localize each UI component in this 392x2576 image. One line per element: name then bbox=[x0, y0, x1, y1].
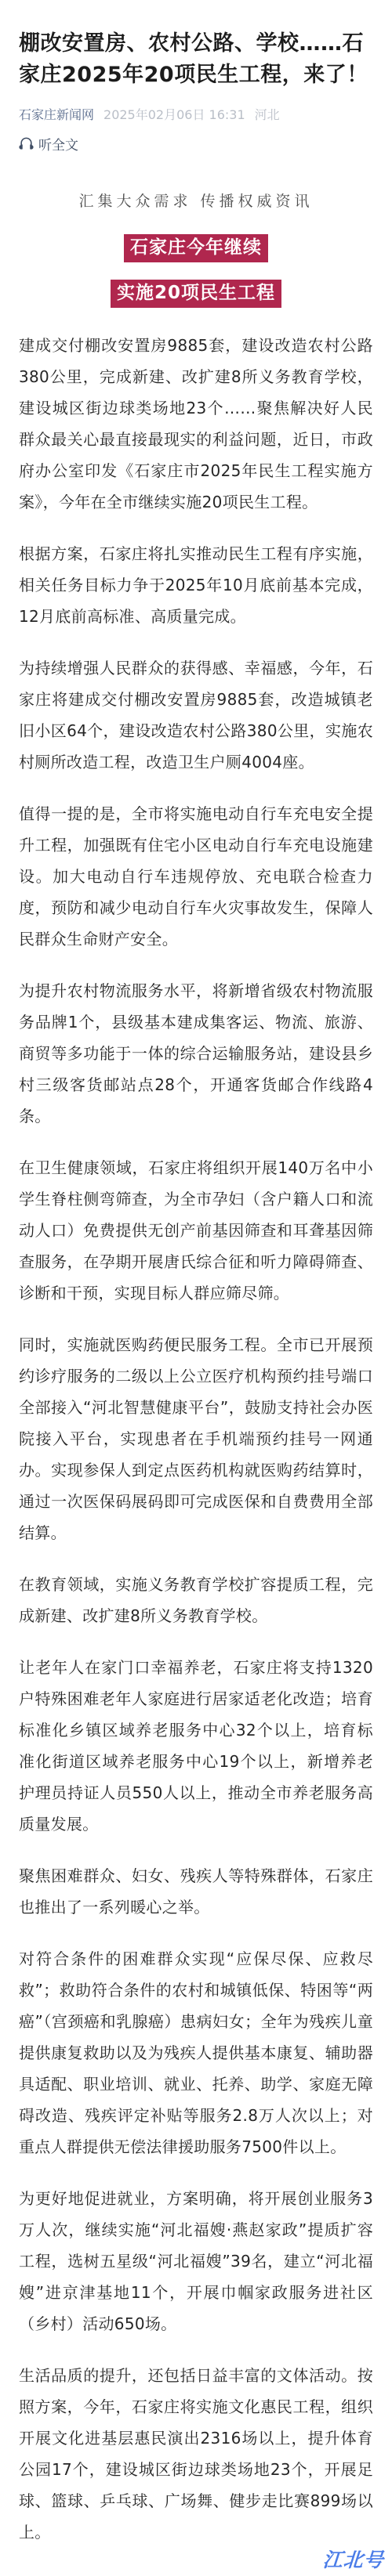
paragraph: 同时，实施就医购药便民服务工程。全市已开展预约诊疗服务的二级以上公立医疗机构预约… bbox=[19, 1329, 373, 1548]
headline-badge-2: 实施20项民生工程 bbox=[111, 280, 281, 308]
banner-image: 汇集大众需求 传播权威资讯 bbox=[0, 190, 392, 211]
paragraph: 在卫生健康领域，石家庄将组织开展140万名中小学生脊柱侧弯筛查，为全市孕妇（含户… bbox=[19, 1152, 373, 1309]
paragraph: 在教育领域，实施义务教育学校扩容提质工程，完成新建、改扩建8所义务教育学校。 bbox=[19, 1569, 373, 1631]
paragraph: 让老年人在家门口幸福养老，石家庄将支持1320户特殊困难老年人家庭进行居家适老化… bbox=[19, 1652, 373, 1840]
article-meta: 石家庄新闻网 2025年02月06日 16:31 河北 bbox=[0, 105, 392, 123]
paragraph: 建成交付棚改安置房9885套，建设改造农村公路380公里，完成新建、改扩建8所义… bbox=[19, 330, 373, 518]
paragraph: 为提升农村物流服务水平，将新增省级农村物流服务品牌1个，县级基本建成集客运、物流… bbox=[19, 975, 373, 1132]
paragraph: 值得一提的是，全市将实施电动自行车充电安全提升工程，加强既有住宅小区电动自行车充… bbox=[19, 798, 373, 955]
source-name[interactable]: 石家庄新闻网 bbox=[19, 105, 94, 123]
article-page: 棚改安置房、农村公路、学校……石家庄2025年20项民生工程，来了！ 石家庄新闻… bbox=[0, 0, 392, 2576]
listen-full-text-button[interactable]: 听全文 bbox=[0, 134, 392, 154]
headline-badge-1: 石家庄今年继续 bbox=[124, 234, 268, 262]
paragraph: 对符合条件的困难群众实现“应保尽保、应救尽救”；救助符合条件的农村和城镇低保、特… bbox=[19, 1943, 373, 2162]
watermark-badge: 江北号 bbox=[322, 2545, 386, 2573]
paragraph: 为更好地促进就业，方案明确，将开展创业服务3万人次，继续实施“河北福嫂·燕赵家政… bbox=[19, 2183, 373, 2339]
publish-region: 河北 bbox=[255, 105, 280, 123]
publish-datetime: 2025年02月06日 16:31 bbox=[103, 105, 245, 123]
listen-label: 听全文 bbox=[38, 134, 78, 154]
banner-slogan: 汇集大众需求 传播权威资讯 bbox=[78, 190, 313, 211]
paragraph: 为持续增强人民群众的获得感、幸福感，今年，石家庄将建成交付棚改安置房9885套，… bbox=[19, 652, 373, 778]
headline-badges: 石家庄今年继续 实施20项民生工程 bbox=[0, 234, 392, 308]
paragraph: 根据方案，石家庄将扎实推动民生工程有序实施，相关任务目标力争于2025年10月底… bbox=[19, 538, 373, 632]
page-title: 棚改安置房、农村公路、学校……石家庄2025年20项民生工程，来了！ bbox=[0, 28, 392, 91]
paragraph: 聚焦困难群众、妇女、残疾人等特殊群体，石家庄也推出了一系列暖心之举。 bbox=[19, 1860, 373, 1923]
paragraph: 生活品质的提升，还包括日益丰富的文体活动。按照方案，今年，石家庄将实施文化惠民工… bbox=[19, 2360, 373, 2548]
headphone-icon bbox=[19, 136, 34, 151]
article-body: 建成交付棚改安置房9885套，建设改造农村公路380公里，完成新建、改扩建8所义… bbox=[0, 330, 392, 2576]
